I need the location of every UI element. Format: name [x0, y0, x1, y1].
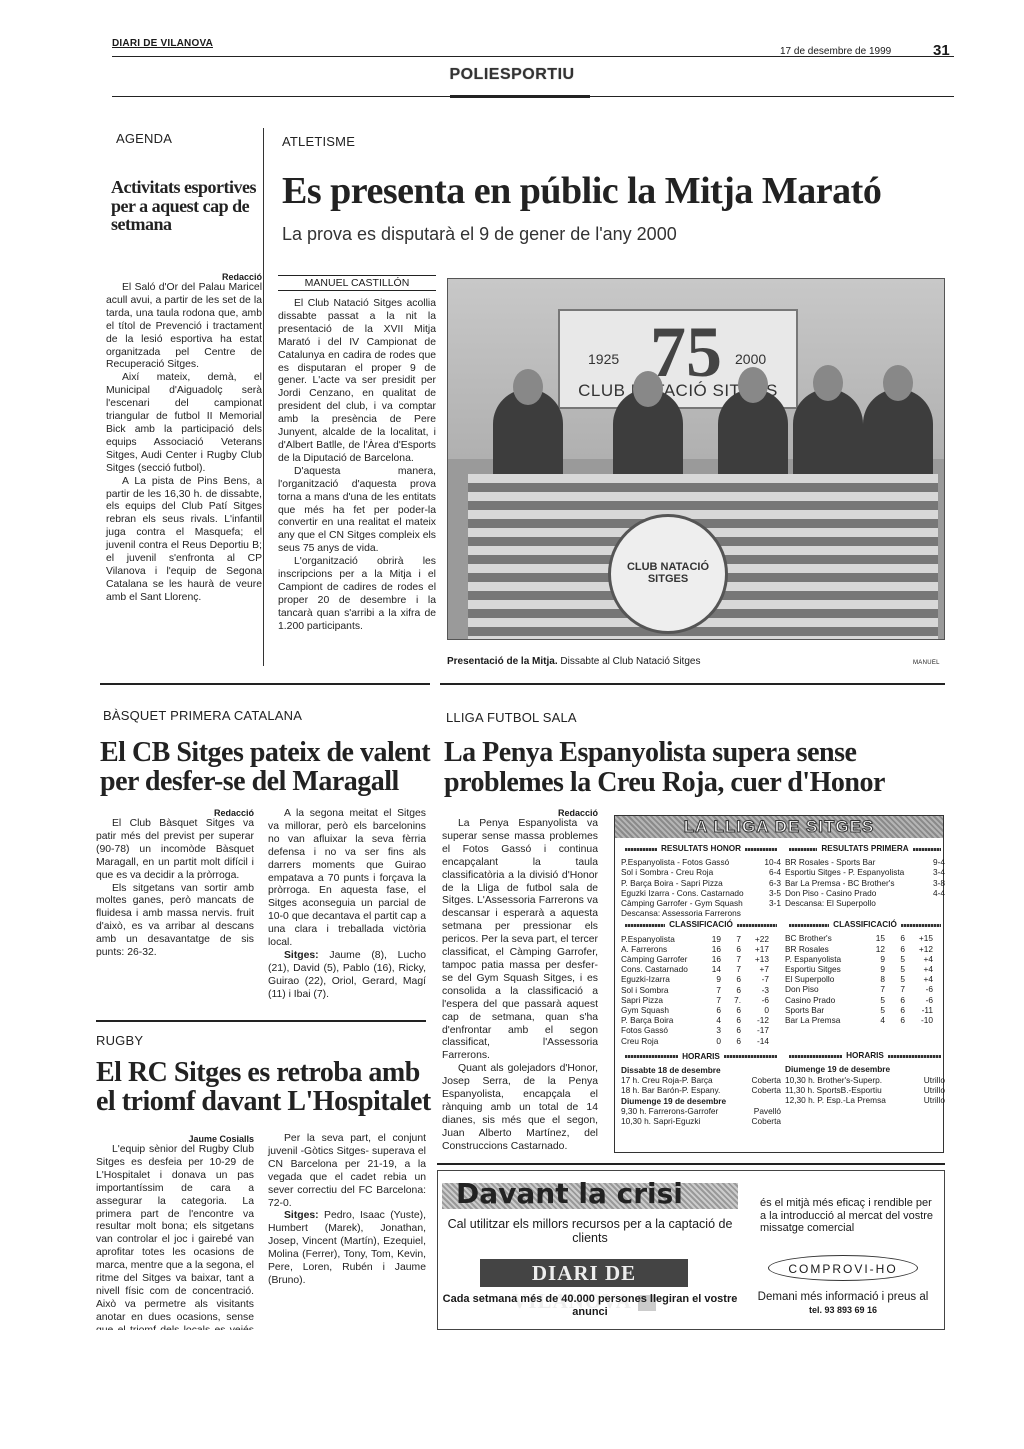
standings-row: Esportiu Sitges95+4 — [785, 964, 945, 974]
result-row: Sol i Sombra - Creu Roja6-4 — [621, 867, 781, 877]
ad-headline-block: Davant la crisi — [442, 1183, 738, 1209]
standings-row: BC Brother's156+15 — [785, 933, 945, 943]
person-silhouette — [793, 389, 863, 484]
agenda-paragraph: Així mateix, demà, el Municipal d'Aiguad… — [106, 372, 262, 475]
standings-row: Càmping Garrofer167+13 — [621, 954, 781, 964]
primera-standings-header: CLASSIFICACIÓ — [785, 920, 945, 930]
standings-row: Cons. Castarnado147+7 — [621, 964, 781, 974]
atletisme-paragraph: El Club Natació Sitges acollia dissabte … — [278, 298, 436, 466]
person-head — [813, 365, 843, 401]
ad-headline: Davant la crisi — [456, 1177, 683, 1210]
person-head — [738, 367, 768, 403]
atletisme-byline: MANUEL CASTILLÓN — [278, 275, 436, 291]
atletisme-paragraph: L'organització obrirà les inscripcions p… — [278, 556, 436, 633]
ad-right-text: és el mitjà més eficaç i rendible per a … — [760, 1197, 940, 1235]
ad-contact-text: Demani més informació i preus al — [748, 1291, 938, 1304]
rest-team: Descansa: El Superpollo — [785, 898, 945, 908]
section-divider — [440, 683, 945, 685]
primera-division: RESULTATS PRIMERA BR Rosales - Sports Ba… — [785, 842, 945, 1105]
honor-division: RESULTATS HONOR P.Espanyolista - Fotos G… — [621, 842, 781, 1126]
schedule-row: 12,30 h. P. Esp.-La PremsaUtrillo — [785, 1095, 945, 1105]
standings-row: Bar La Premsa46-10 — [785, 1015, 945, 1025]
section-divider — [96, 1020, 426, 1022]
standings-row: Gym Squash660 — [621, 1005, 781, 1015]
caption-text: Dissabte al Club Natació Sitges — [558, 656, 701, 667]
futbol-sala-paragraph: La Penya Espanyolista va superar sense m… — [442, 818, 598, 1063]
atletisme-subheadline: La prova es disputarà el 9 de gener de l… — [282, 224, 942, 245]
section-title: POLIESPORTIU — [0, 66, 1024, 84]
agenda-body: El Saló d'Or del Palau Maricel acull avu… — [106, 282, 262, 605]
standings-row: BR Rosales126+12 — [785, 944, 945, 954]
futbol-sala-byline: Redacció — [442, 808, 598, 818]
rugby-kicker: RUGBY — [96, 1033, 143, 1048]
basquet-headline: El CB Sitges pateix de valent per desfer… — [100, 738, 435, 796]
result-row: P.Espanyolista - Fotos Gassó10-4 — [621, 857, 781, 867]
ad-readership: Cada setmana més de 40.000 persones lleg… — [442, 1293, 738, 1319]
schedule-day: Dissabte 18 de desembre — [621, 1065, 781, 1075]
basquet-byline: Redacció — [96, 808, 254, 818]
schedule-day: Diumenge 19 de desembre — [621, 1096, 781, 1106]
atletisme-paragraph: D'aquesta manera, l'organització d'aques… — [278, 466, 436, 556]
schedule-day: Diumenge 19 de desembre — [785, 1064, 945, 1074]
caption-bold: Presentació de la Mitja. — [447, 656, 558, 667]
ad-cta-oval: COMPROVI-HO — [768, 1255, 918, 1281]
rugby-paragraph: L'equip sènior del Rugby Club Sitges es … — [96, 1144, 254, 1330]
atletisme-headline: Es presenta en públic la Mitja Marató — [282, 172, 942, 210]
futbol-sala-body: La Penya Espanyolista va superar sense m… — [442, 818, 598, 1154]
basquet-paragraph: Els sitgetans van sortir amb moltes gane… — [96, 883, 254, 960]
agenda-paragraph: El Saló d'Or del Palau Maricel acull avu… — [106, 282, 262, 372]
basquet-body-col1: El Club Bàsquet Sitges va patir més del … — [96, 818, 254, 960]
result-row: P. Barça Boira - Sapri Pizza6-3 — [621, 878, 781, 888]
agenda-paragraph: A La pista de Pins Bens, a partir de les… — [106, 476, 262, 605]
rugby-paragraph: Per la seva part, el conjunt juvenil -Gò… — [268, 1133, 426, 1210]
banner-year-start: 1925 — [588, 351, 619, 367]
person-silhouette — [718, 389, 788, 484]
standings-row: El Superpollo85+4 — [785, 974, 945, 984]
agenda-kicker: AGENDA — [116, 131, 172, 146]
standings-row: P. Barça Boira46-12 — [621, 1015, 781, 1025]
futbol-sala-paragraph: Quant als golejadors d'Honor, Josep Serr… — [442, 1063, 598, 1153]
basquet-paragraph: El Club Bàsquet Sitges va patir més del … — [96, 818, 254, 883]
schedule-row: 18 h. Bar Barón-P. Espany.Coberta — [621, 1085, 781, 1095]
primera-schedule-header: HORARIS — [785, 1051, 945, 1061]
schedule-row: 9,30 h. Farrerons-GarroferPavelló — [621, 1106, 781, 1116]
person-head — [633, 371, 663, 407]
schedule-row: 17 h. Creu Roja-P. BarçaCoberta — [621, 1075, 781, 1085]
column-divider — [263, 128, 264, 666]
person-head — [513, 369, 543, 405]
standings-row: Sports Bar56-11 — [785, 1005, 945, 1015]
basquet-kicker: BÀSQUET PRIMERA CATALANA — [103, 708, 302, 723]
agenda-byline: Redacció — [106, 272, 262, 282]
standings-row: Don Piso77-6 — [785, 984, 945, 994]
atletisme-kicker: ATLETISME — [282, 134, 355, 149]
ad-newspaper-logo: DIARI DE VILANOVA — [480, 1259, 688, 1287]
schedule-row: 11,30 h. SportsB.-EsportiuUtrillo — [785, 1085, 945, 1095]
advertisement: Davant la crisi Cal utilitzar els millor… — [437, 1170, 945, 1330]
club-emblem: CLUB NATACIÓ SITGES — [608, 514, 728, 634]
result-row: BR Rosales - Sports Bar9-4 — [785, 857, 945, 867]
standings-row: Sol i Sombra76-3 — [621, 985, 781, 995]
standings-row: Eguzki-Izarra96-7 — [621, 974, 781, 984]
futbol-sala-headline: La Penya Espanyolista supera sense probl… — [444, 738, 944, 798]
rugby-headline: El RC Sitges es retroba amb el triomf da… — [96, 1058, 436, 1116]
honor-standings-header: CLASSIFICACIÓ — [621, 920, 781, 930]
honor-results-header: RESULTATS HONOR — [621, 844, 781, 854]
section-rule-accent — [450, 95, 590, 98]
newspaper-name: DIARI DE VILANOVA — [112, 38, 213, 49]
rugby-byline: Jaume Cosialls — [96, 1134, 254, 1144]
result-row: Eguzki Izarra - Cons. Castarnado3-5 — [621, 888, 781, 898]
agenda-headline: Activitats esportives per a aquest cap d… — [111, 178, 261, 234]
basquet-paragraph: A la segona meitat el Sitges va millorar… — [268, 808, 426, 950]
rugby-body-col2: Per la seva part, el conjunt juvenil -Gò… — [268, 1133, 426, 1288]
result-row: Càmping Garrofer - Gym Squash3-1 — [621, 898, 781, 908]
standings-row: A. Farrerons166+17 — [621, 944, 781, 954]
ad-contact: Demani més informació i preus al tel. 93… — [748, 1291, 938, 1317]
standings-row: Fotos Gassó36-17 — [621, 1025, 781, 1035]
standings-row: Casino Prado56-6 — [785, 995, 945, 1005]
photo-caption: Presentació de la Mitja. Dissabte al Clu… — [447, 656, 700, 667]
league-box: LA LLIGA DE SITGES RESULTATS HONOR P.Esp… — [614, 815, 944, 1153]
rugby-lineup-label: Sitges: — [284, 1210, 319, 1221]
banner-year-end: 2000 — [735, 351, 766, 367]
section-divider — [437, 1163, 945, 1165]
schedule-row: 10,30 h. Sapri-EguzkiCoberta — [621, 1116, 781, 1126]
ad-phone: tel. 93 893 69 16 — [748, 1304, 938, 1317]
ad-tagline: Cal utilitzar els millors recursos per a… — [442, 1217, 738, 1245]
person-silhouette — [863, 389, 933, 484]
futbol-sala-kicker: LLIGA FUTBOL SALA — [446, 710, 577, 725]
masthead-rule — [112, 56, 954, 57]
schedule-row: 10,30 h. Brother's-Superp.Utrillo — [785, 1075, 945, 1085]
standings-row: Sapri Pizza77.-6 — [621, 995, 781, 1005]
photo-credit: MANUEL — [913, 660, 940, 666]
rest-team: Descansa: Assessoria Farrerons — [621, 908, 781, 918]
standings-row: P.Espanyolista197+22 — [621, 934, 781, 944]
person-head — [883, 365, 913, 401]
press-conference-photo: 1925 75 2000 CLUB NATACIÓ SITGES CLUB NA… — [447, 278, 945, 640]
standings-row: Creu Roja06-14 — [621, 1036, 781, 1046]
basquet-lineup-label: Sitges: — [284, 950, 319, 961]
basquet-body-col2: A la segona meitat el Sitges va millorar… — [268, 808, 426, 1002]
rugby-body-col1: L'equip sènior del Rugby Club Sitges es … — [96, 1144, 254, 1330]
result-row: Esportiu Sitges - P. Espanyolista3-4 — [785, 867, 945, 877]
honor-schedule-header: HORARIS — [621, 1052, 781, 1062]
result-row: Bar La Premsa - BC Brother's3-8 — [785, 878, 945, 888]
atletisme-body: El Club Natació Sitges acollia dissabte … — [278, 298, 436, 634]
emblem-text: CLUB NATACIÓ SITGES — [611, 561, 725, 585]
rugby-lineup: Pedro, Isaac (Yuste), Humbert (Marek), J… — [268, 1210, 426, 1286]
result-row: Don Piso - Casino Prado4-4 — [785, 888, 945, 898]
section-divider — [100, 683, 430, 685]
primera-results-header: RESULTATS PRIMERA — [785, 844, 945, 854]
standings-row: P. Espanyolista95+4 — [785, 954, 945, 964]
league-box-title: LA LLIGA DE SITGES — [615, 816, 943, 838]
